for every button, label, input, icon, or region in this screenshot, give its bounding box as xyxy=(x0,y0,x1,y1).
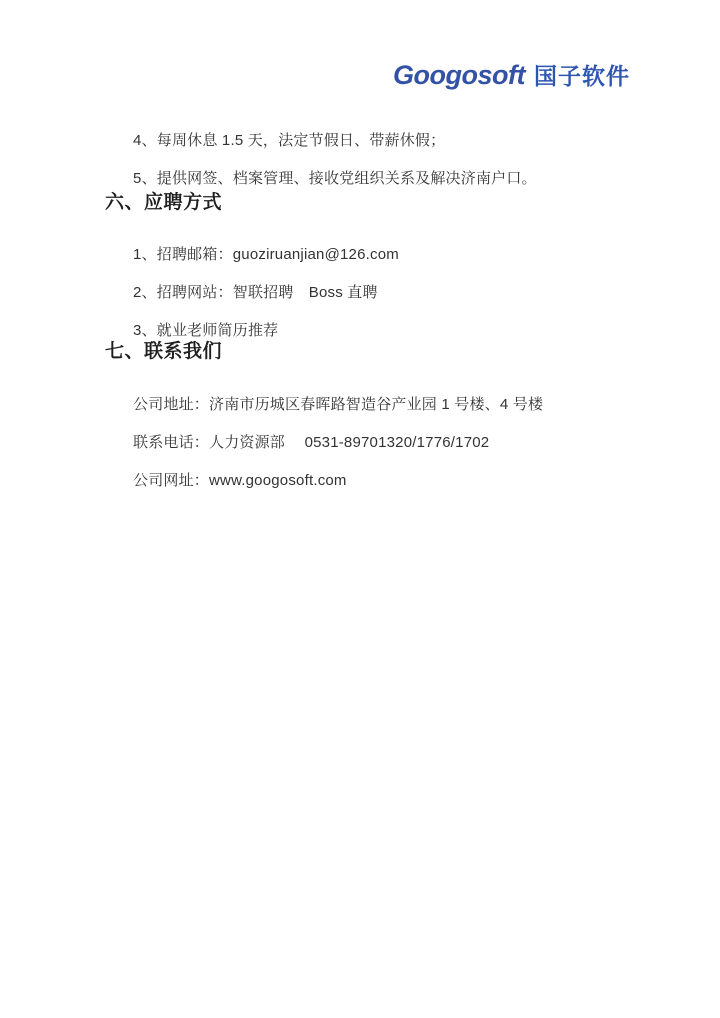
application-item-websites: 2、招聘网站：智联招聘 Boss 直聘 xyxy=(133,283,378,303)
document-page: Googosoft 国子软件 4、每周休息 1.5 天，法定节假日、带薪休假； … xyxy=(0,0,720,1018)
contact-item-phone: 联系电话：人力资源部 0531-89701320/1776/1702 xyxy=(133,433,489,453)
section-heading-application-method: 六、应聘方式 xyxy=(105,191,222,215)
section-heading-contact-us: 七、联系我们 xyxy=(105,340,222,364)
company-logo: Googosoft 国子软件 xyxy=(393,58,630,91)
contact-item-website: 公司网址：www.googosoft.com xyxy=(133,471,347,491)
application-item-email: 1、招聘邮箱：guoziruanjian@126.com xyxy=(133,245,399,265)
logo-company-name-cjk: 国子软件 xyxy=(534,58,630,91)
application-item-teacher-recommendation: 3、就业老师简历推荐 xyxy=(133,321,278,341)
logo-googosoft-wordmark: Googosoft xyxy=(393,60,525,91)
contact-item-address: 公司地址：济南市历城区春晖路智造谷产业园 1 号楼、4 号楼 xyxy=(133,395,543,415)
benefit-item-4: 4、每周休息 1.5 天，法定节假日、带薪休假； xyxy=(133,131,445,151)
benefit-item-5: 5、提供网签、档案管理、接收党组织关系及解决济南户口。 xyxy=(133,169,537,189)
